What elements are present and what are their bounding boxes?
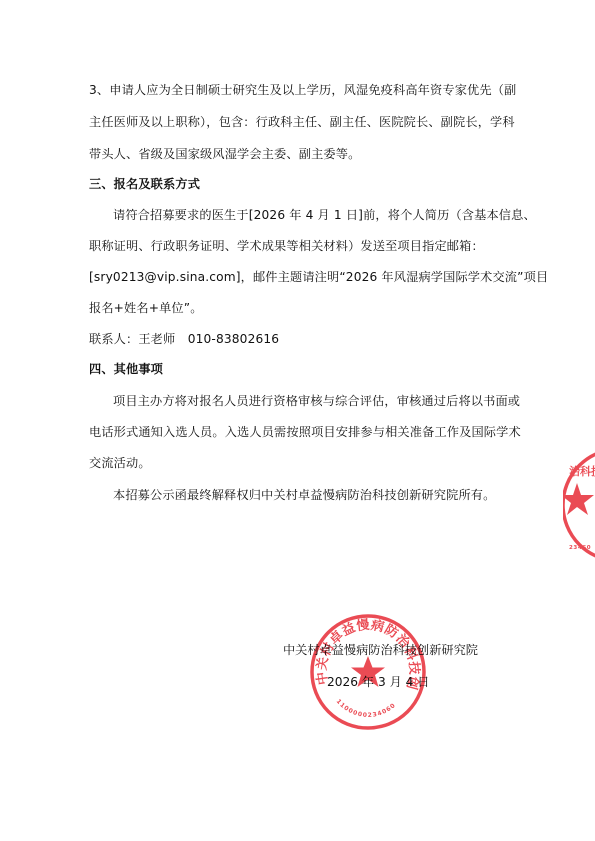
partial-seal-text: 治科技 (569, 464, 595, 478)
svg-text:1100000234060: 1100000234060 (335, 698, 398, 719)
seal-code: 1100000234060 (335, 698, 398, 719)
seal-star-icon (351, 656, 385, 687)
item3-line3: 带头人、省级及国家级风湿学会主委、副主委等。 (89, 146, 360, 162)
document-page: 3、申请人应为全日制硕士研究生及以上学历，风湿免疫科高年资专家优先（副 主任医师… (0, 0, 595, 841)
section3-para-line1: 请符合招募要求的医生于[2026 年 4 月 1 日]前，将个人简历（含基本信息… (113, 207, 536, 223)
partial-seal-star-icon (563, 483, 594, 515)
section4-para1-line2: 电话形式通知入选人员。入选人员需按照项目安排参与相关准备工作及国际学术 (89, 424, 521, 440)
section4-heading: 四、其他事项 (89, 361, 163, 377)
section3-para-line2: 职称证明、行政职务证明、学术成果等相关材料）发送至项目指定邮箱： (89, 238, 484, 254)
partial-seal-code: 23460 (569, 545, 591, 551)
section4-para2: 本招募公示函最终解释权归中关村卓益慢病防治科技创新研究院所有。 (113, 487, 495, 503)
official-seal-stamp: 中关村卓益慢病防治科技创新研究院 1100000234060 (308, 612, 428, 732)
section3-heading: 三、报名及联系方式 (89, 176, 200, 192)
section4-para1-line3: 交流活动。 (89, 455, 151, 471)
partial-seal-stamp: 治科技 23460 (563, 445, 595, 565)
contact-line: 联系人：王老师 010-83802616 (89, 331, 279, 347)
section3-email-line: [sry0213@vip.sina.com]，邮件主题请注明“2026 年风湿病… (89, 269, 548, 285)
item3-line2: 主任医师及以上职称），包含：行政科主任、副主任、医院院长、副院长，学科 (89, 114, 515, 130)
section4-para1-line1: 项目主办方将对报名人员进行资格审核与综合评估，审核通过后将以书面或 (113, 393, 520, 409)
section3-para-line4: 报名+姓名+单位”。 (89, 300, 203, 316)
item3-line1: 3、申请人应为全日制硕士研究生及以上学历，风湿免疫科高年资专家优先（副 (89, 82, 516, 98)
